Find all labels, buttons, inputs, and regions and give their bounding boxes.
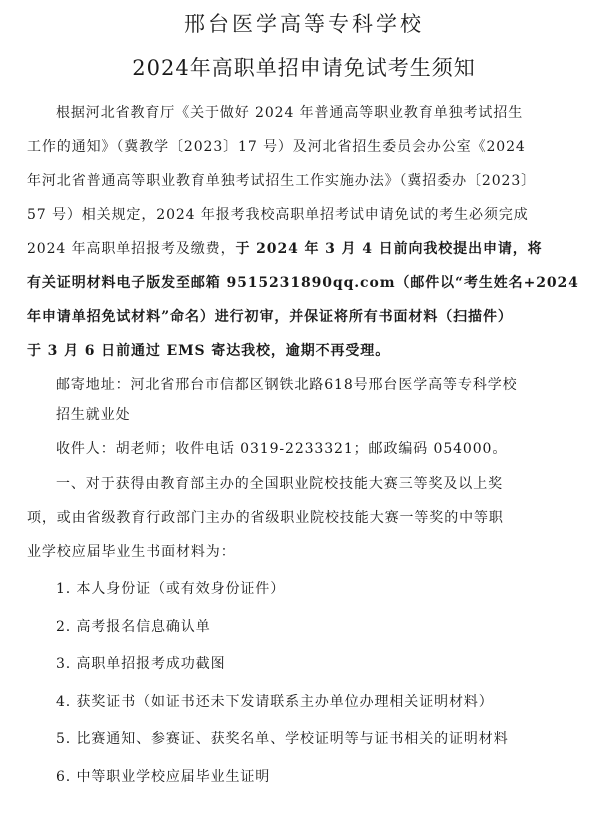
- mailing-address-line-1: 邮寄地址：河北省邢台市信都区钢铁北路618号邢台医学高等专科学校: [56, 375, 518, 395]
- material-item-1: 1. 本人身份证（或有效身份证件）: [56, 579, 285, 599]
- intro-line-5: 2024 年高职单招报考及缴费，于 2024 年 3 月 4 日前向我校提出申请…: [27, 239, 543, 259]
- notice-title: 2024年高职单招申请免试考生须知: [0, 52, 608, 82]
- material-item-2: 2. 高考报名信息确认单: [56, 617, 211, 637]
- email-instruction-line: 有关证明材料电子版发至邮箱 9515231890qq.com（邮件以“考生姓名+…: [27, 273, 579, 293]
- intro-line-3: 年河北省普通高等职业教育单独考试招生工作实施办法》（冀招委办〔2023〕: [27, 171, 536, 191]
- intro-line-2: 工作的通知》（冀教学〔2023〕17 号）及河北省招生委员会办公室《2024: [27, 137, 526, 157]
- section1-line-1: 一、对于获得由教育部主办的全国职业院校技能大赛三等奖及以上奖: [56, 474, 503, 494]
- material-item-4: 4. 获奖证书（如证书还未下发请联系主办单位办理相关证明材料）: [56, 692, 494, 712]
- material-item-6: 6. 中等职业学校应届毕业生证明: [56, 767, 270, 787]
- naming-instruction-line: 年申请单招免试材料”命名）进行初审，并保证将所有书面材料（扫描件）: [27, 307, 513, 327]
- ems-deadline-line: 于 3 月 6 日前通过 EMS 寄达我校，逾期不再受理。: [27, 341, 390, 361]
- mailing-address-line-2: 招生就业处: [56, 405, 131, 425]
- school-title: 邢台医学高等专科学校: [0, 8, 608, 38]
- recipient-info: 收件人：胡老师；收件电话 0319-2233321；邮政编码 054000。: [56, 439, 507, 459]
- section1-line-3: 业学校应届毕业生书面材料为：: [27, 542, 236, 562]
- deadline-bold-text: 于 2024 年 3 月 4 日前向我校提出申请，将: [235, 241, 542, 257]
- intro-line-4: 57 号）相关规定，2024 年报考我校高职单招考试申请免试的考生必须完成: [27, 205, 529, 225]
- material-item-5: 5. 比赛通知、参赛证、获奖名单、学校证明等与证书相关的证明材料: [56, 729, 509, 749]
- section1-line-2: 项，或由省级教育行政部门主办的省级职业院校技能大赛一等奖的中等职: [27, 508, 504, 528]
- material-item-3: 3. 高职单招报考成功截图: [56, 654, 226, 674]
- intro-line-5-normal: 2024 年高职单招报考及缴费，: [27, 241, 235, 257]
- intro-line-1: 根据河北省教育厅《关于做好 2024 年普通高等职业教育单独考试招生: [56, 103, 523, 123]
